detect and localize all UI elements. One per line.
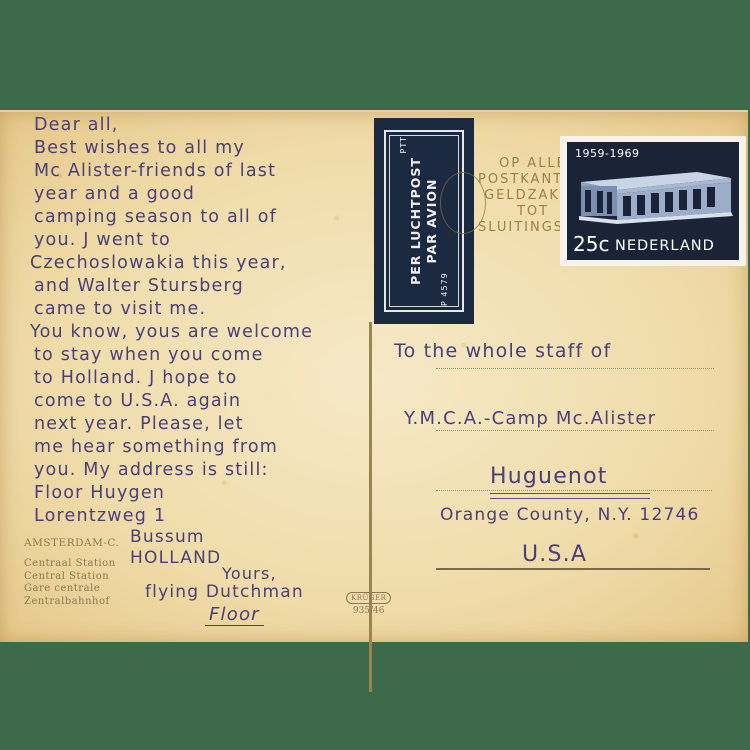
center-divider (369, 322, 372, 692)
address-line-4: Orange County, N.Y. 12746 (440, 505, 700, 525)
address-line-1: To the whole staff of (394, 340, 611, 362)
closing: Yours, (222, 564, 277, 583)
sender-nickname: flying Dutchman (145, 582, 304, 602)
caption-list: Centraal Station Central Station Gare ce… (24, 558, 116, 608)
address-dotted-rule (436, 490, 712, 491)
stamp-years: 1959-1969 (575, 147, 639, 160)
postcard: Dear all, Best wishes to all my Mc Alist… (0, 110, 748, 642)
caption-title: AMSTERDAM-C. (24, 537, 119, 550)
publisher-logo: KRÜGER (346, 592, 391, 604)
address-underline (490, 493, 650, 499)
caption-line: Gare centrale (24, 583, 116, 596)
address-dotted-rule (436, 430, 714, 431)
message-line: You know, yous are welcome (30, 321, 370, 344)
sender-country: HOLLAND (130, 548, 221, 568)
address-line-2: Y.M.C.A.-Camp Mc.Alister (404, 408, 656, 429)
message-line: camping season to all of (34, 206, 374, 229)
address-line-3: Huguenot (490, 464, 608, 489)
airmail-code: P 4579 (440, 272, 449, 306)
message-line: Dear all, (34, 114, 374, 137)
message-line: year and a good (34, 183, 374, 206)
message-line: came to visit me. (34, 298, 374, 321)
message-line: Best wishes to all my (34, 137, 374, 160)
address-line-5: U.S.A (522, 542, 587, 567)
message-line: to stay when you come (34, 344, 374, 367)
caption-line: Centraal Station (24, 558, 116, 571)
caption-line: Zentralbahnhof (24, 596, 116, 609)
signature: Floor (205, 604, 264, 626)
postage-stamp: 1959-1969 (560, 136, 746, 266)
address-dotted-rule (436, 368, 714, 369)
europa-temple-icon (577, 168, 733, 224)
message-line: you. My address is still: (34, 459, 374, 482)
airmail-line2: PAR AVION (424, 136, 440, 306)
stamp-value: 25c (573, 232, 609, 256)
message-line: and Walter Stursberg (34, 275, 374, 298)
publisher-code: 935/46 (346, 606, 391, 616)
message-line: next year. Please, let (34, 413, 374, 436)
message-line: come to U.S.A. again (34, 390, 374, 413)
airmail-ptt: PTT (399, 136, 408, 153)
message-line: me hear something from (34, 436, 374, 459)
message-line: you. J went to (34, 229, 374, 252)
address-baseline (436, 568, 710, 570)
caption-line: Central Station (24, 571, 116, 584)
sender-city: Bussum (130, 527, 205, 547)
message-line: to Holland. J hope to (34, 367, 374, 390)
message-line: Floor Huygen (34, 482, 374, 505)
message-line: Czechoslowakia this year, (30, 252, 370, 275)
handwritten-message: Dear all, Best wishes to all my Mc Alist… (34, 114, 374, 528)
message-line: Mc Alister-friends of last (34, 160, 374, 183)
stamp-country: NEDERLAND (615, 238, 715, 254)
airmail-line1: PER LUCHTPOST (408, 136, 424, 306)
message-line: Lorentzweg 1 (34, 505, 374, 528)
publisher-mark: KRÜGER 935/46 (346, 585, 391, 616)
